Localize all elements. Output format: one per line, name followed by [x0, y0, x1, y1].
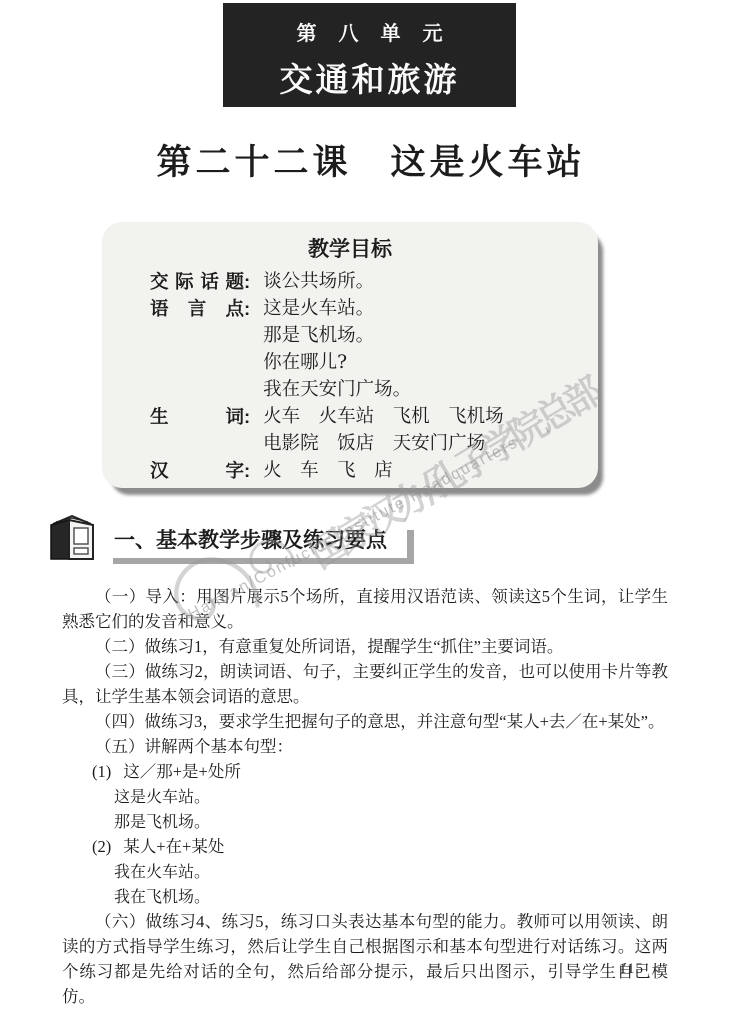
goal-label-colon: :: [244, 406, 250, 427]
goal-row-new-words: 生词: 火车 火车站 飞机 飞机场 电影院 饭店 天安门广场: [102, 403, 598, 457]
goal-line: 我在天安门广场。: [263, 376, 411, 403]
goal-line: 那是飞机场。: [263, 322, 411, 349]
goal-label: 语言点: [150, 295, 244, 322]
goal-line: 电影院 饭店 天安门广场: [263, 430, 504, 457]
open-book-icon: [45, 513, 99, 563]
unit-banner: 第八单元 交通和旅游: [223, 3, 516, 107]
goal-line: 火车 火车站 飞机 飞机场: [263, 403, 504, 430]
pattern-marker: (1): [92, 762, 111, 781]
step-paragraph-6: （六）做练习4、练习5，练习口头表达基本句型的能力。教师可以用领读、朗读的方式指…: [62, 909, 668, 1009]
sentence-pattern-1: (1)这／那+是+处所 这是火车站。 那是飞机场。: [62, 759, 668, 834]
goal-row-characters: 汉字: 火 车 飞 店: [102, 457, 598, 484]
section-title: 一、基本教学步骤及练习要点: [104, 522, 407, 558]
goal-line: 你在哪儿?: [263, 349, 411, 376]
pattern-head-text: 这／那+是+处所: [123, 762, 241, 781]
goal-line: 这是火车站。: [263, 295, 411, 322]
goal-line: 火 车 飞 店: [263, 457, 393, 484]
pattern-example: 这是火车站。: [62, 784, 668, 809]
step-paragraph-4: （四）做练习3，要求学生把握句子的意思，并注意句型“某人+去／在+某处”。: [62, 709, 668, 734]
section-header: 一、基本教学步骤及练习要点: [45, 513, 407, 563]
teaching-goals-box: 教学目标 交际话题: 谈公共场所。 语言点: 这是火车站。 那是飞机场。 你在哪…: [102, 222, 598, 488]
goal-label: 交际话题: [150, 268, 244, 295]
step-paragraph-2: （二）做练习1，有意重复处所词语，提醒学生“抓住”主要词语。: [62, 634, 668, 659]
goal-row-topic: 交际话题: 谈公共场所。: [102, 268, 598, 295]
pattern-example: 我在飞机场。: [62, 884, 668, 909]
goal-line: 谈公共场所。: [263, 268, 374, 295]
pattern-head-text: 某人+在+某处: [123, 837, 224, 856]
goals-box-title: 教学目标: [102, 233, 598, 263]
step-paragraph-5: （五）讲解两个基本句型：: [62, 734, 668, 759]
step-paragraph-3: （三）做练习2，朗读词语、句子，主要纠正学生的发音，也可以使用卡片等教具，让学生…: [62, 659, 668, 709]
pattern-example: 我在火车站。: [62, 859, 668, 884]
unit-number: 第八单元: [223, 17, 516, 46]
goal-row-language-points: 语言点: 这是火车站。 那是飞机场。 你在哪儿? 我在天安门广场。: [102, 295, 598, 403]
unit-title: 交通和旅游: [223, 54, 516, 101]
goal-label-colon: :: [244, 298, 250, 319]
goal-label: 汉字: [150, 457, 244, 484]
pattern-example: 那是飞机场。: [62, 809, 668, 834]
goal-label-colon: :: [244, 271, 250, 292]
goal-label-colon: :: [244, 460, 250, 481]
pattern-marker: (2): [92, 837, 111, 856]
lesson-title: 第二十二课 这是火车站: [0, 135, 742, 185]
teaching-steps: （一）导入：用图片展示5个场所，直接用汉语范读、领读这5个生词，让学生熟悉它们的…: [62, 584, 668, 1009]
page-number: 115: [619, 961, 644, 978]
sentence-pattern-2: (2)某人+在+某处 我在火车站。 我在飞机场。: [62, 834, 668, 909]
goal-label: 生词: [150, 403, 244, 430]
step-paragraph-1: （一）导入：用图片展示5个场所，直接用汉语范读、领读这5个生词，让学生熟悉它们的…: [62, 584, 668, 634]
textbook-page: 第八单元 交通和旅游 第二十二课 这是火车站 教学目标 交际话题: 谈公共场所。…: [0, 0, 742, 1024]
